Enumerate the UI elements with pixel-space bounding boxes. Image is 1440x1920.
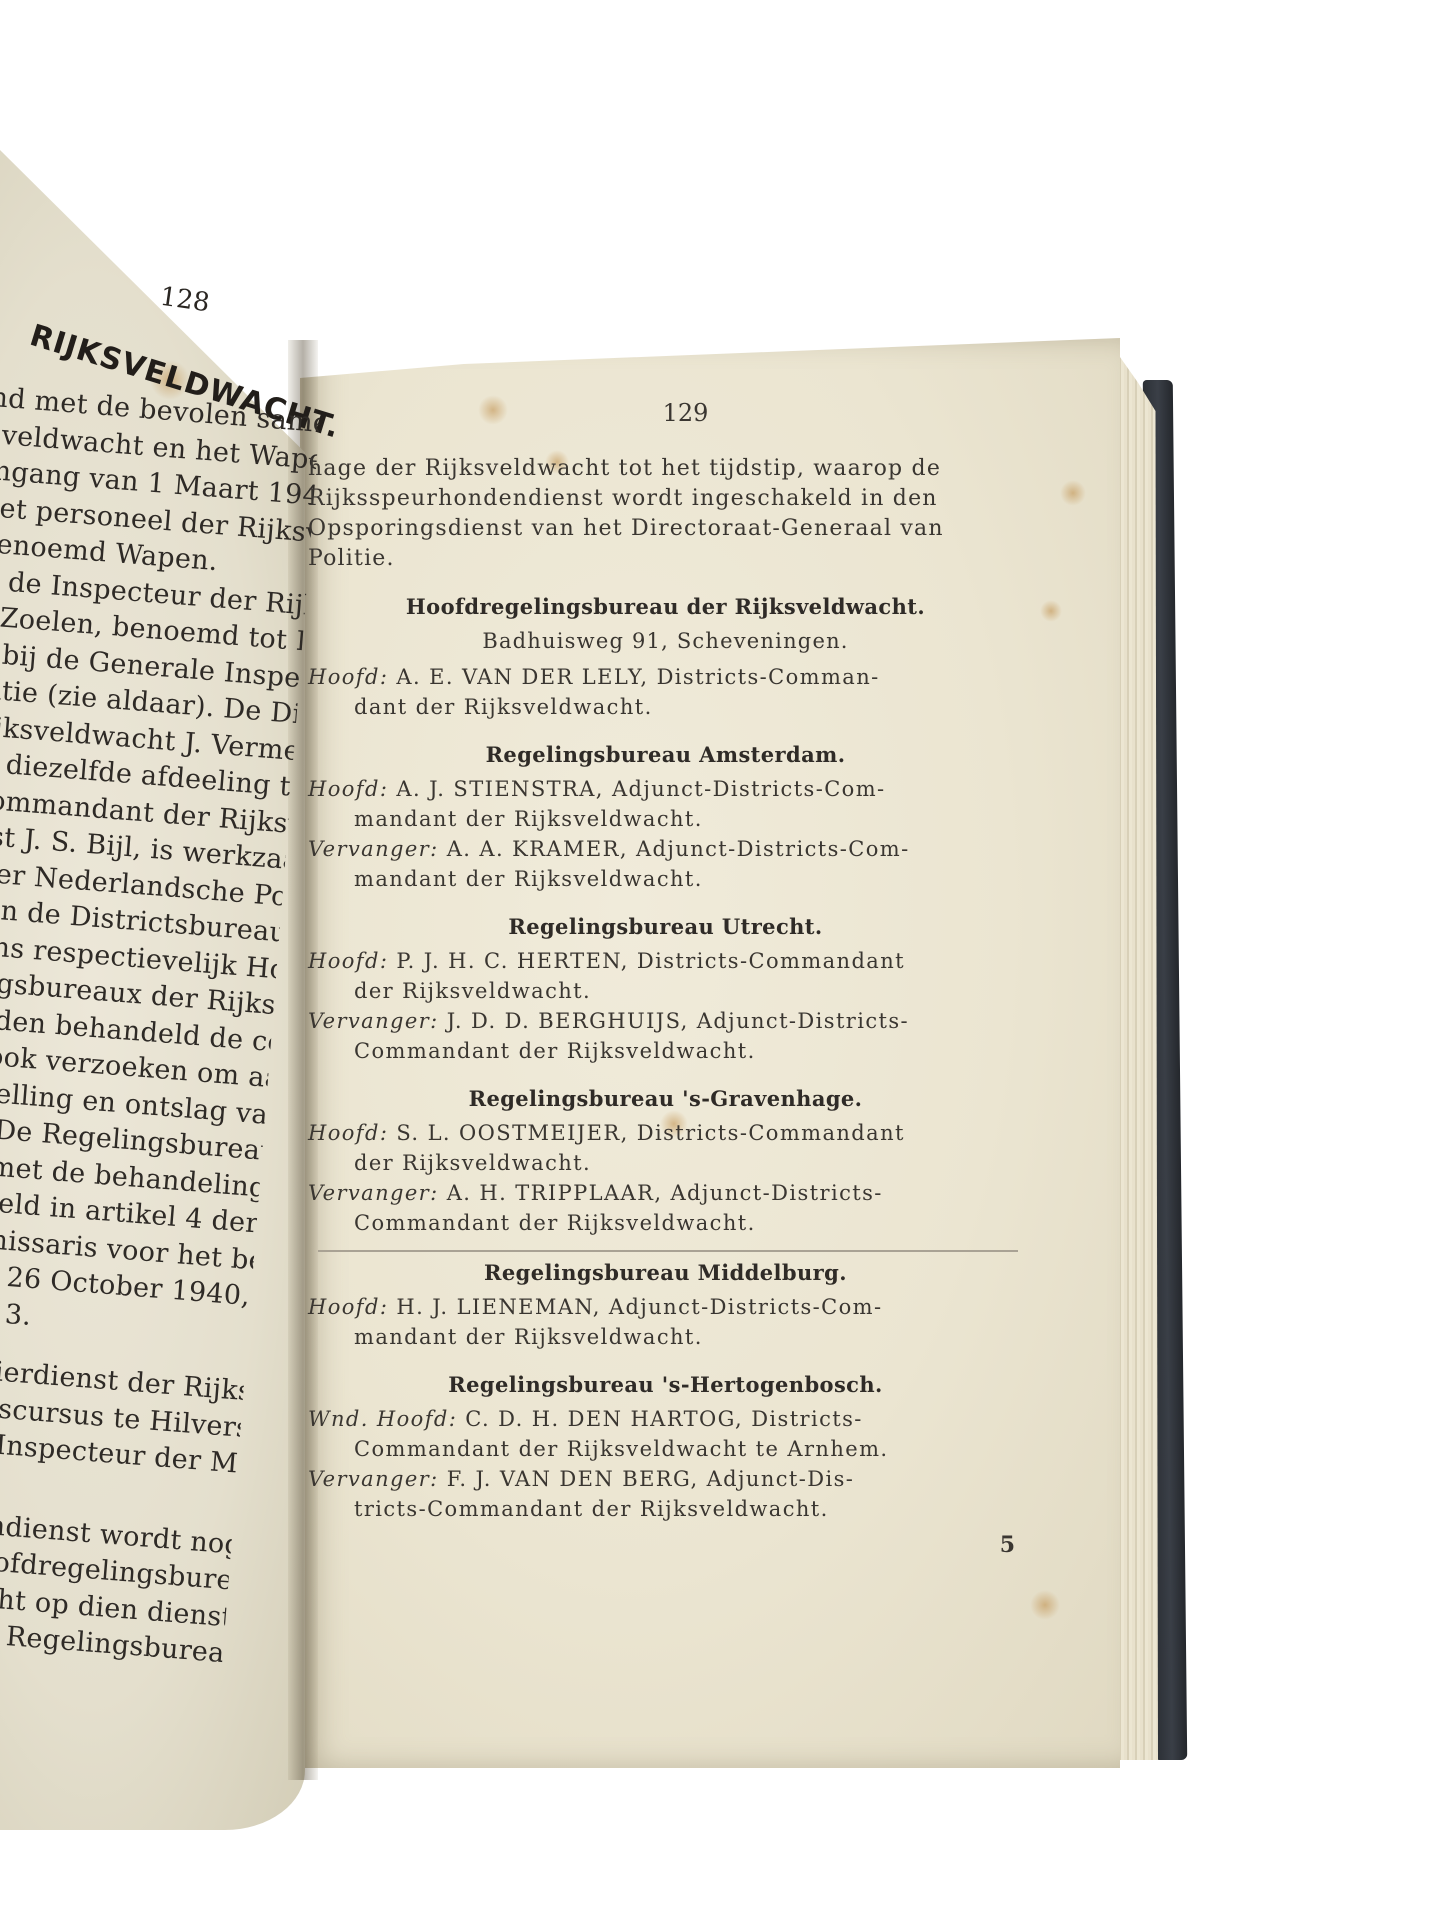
intro-paragraph: hage der Rijksveldwacht tot het tijdstip… [308, 454, 1023, 574]
staff-entry: Vervanger: F. J. VAN DEN BERG, Adjunct-D… [308, 1464, 1023, 1524]
entry-text: J. D. D. BERGHUIJS, Adjunct-Districts- [447, 1009, 909, 1033]
entry-role: Hoofd: [308, 1121, 388, 1145]
section-title: Regelingsbureau 's-Gravenhage. [308, 1084, 1023, 1114]
bureau-section: Regelingsbureau 's-Hertogenbosch. Wnd. H… [308, 1370, 1023, 1524]
entry-text: P. J. H. C. HERTEN, Districts-Commandant [396, 949, 905, 973]
staff-entry: Wnd. Hoofd: C. D. H. DEN HARTOG, Distric… [308, 1404, 1023, 1464]
entry-text: F. J. VAN DEN BERG, Adjunct-Dis- [447, 1467, 855, 1491]
bureau-section: Hoofdregelingsbureau der Rijksveldwacht.… [308, 592, 1023, 722]
entry-continuation: der Rijksveldwacht. [308, 976, 1023, 1006]
entry-role: Vervanger: [308, 1181, 439, 1205]
foxing-stain [1040, 600, 1062, 622]
staff-entry: Vervanger: J. D. D. BERGHUIJS, Adjunct-D… [308, 1006, 1023, 1066]
entry-continuation: mandant der Rijksveldwacht. [308, 864, 1023, 894]
right-page-number: 129 [308, 398, 1023, 428]
entry-continuation: Commandant der Rijksveldwacht te Arnhem. [308, 1434, 1023, 1464]
horizontal-rule [318, 1250, 1018, 1252]
entry-role: Hoofd: [308, 777, 388, 801]
entry-text: A. H. TRIPPLAAR, Adjunct-Districts- [447, 1181, 883, 1205]
entry-continuation: tricts-Commandant der Rijksveldwacht. [308, 1494, 1023, 1524]
foxing-stain [1060, 480, 1086, 506]
staff-entry: Hoofd: A. J. STIENSTRA, Adjunct-District… [308, 774, 1023, 834]
entry-text: A. J. STIENSTRA, Adjunct-Districts-Com- [396, 777, 885, 801]
entry-role: Vervanger: [308, 837, 439, 861]
staff-entry: Hoofd: P. J. H. C. HERTEN, Districts-Com… [308, 946, 1023, 1006]
left-page-number: 128 [158, 282, 211, 319]
staff-entry: Vervanger: A. A. KRAMER, Adjunct-Distric… [308, 834, 1023, 894]
text-line: hage der Rijksveldwacht tot het tijdstip… [308, 454, 1023, 484]
section-title: Hoofdregelingsbureau der Rijksveldwacht. [308, 592, 1023, 622]
entry-continuation: dant der Rijksveldwacht. [308, 692, 1023, 722]
section-title: Regelingsbureau 's-Hertogenbosch. [308, 1370, 1023, 1400]
entry-continuation: Commandant der Rijksveldwacht. [308, 1036, 1023, 1066]
staff-entry: Vervanger: A. H. TRIPPLAAR, Adjunct-Dist… [308, 1178, 1023, 1238]
entry-text: C. D. H. DEN HARTOG, Districts- [465, 1407, 863, 1431]
entry-text: A. E. VAN DER LELY, Districts-Comman- [396, 665, 879, 689]
entry-continuation: mandant der Rijksveldwacht. [308, 1322, 1023, 1352]
entry-continuation: Commandant der Rijksveldwacht. [308, 1208, 1023, 1238]
bureau-section: Regelingsbureau Utrecht. Hoofd: P. J. H.… [308, 912, 1023, 1066]
bureau-section: Regelingsbureau Middelburg. Hoofd: H. J.… [308, 1258, 1023, 1352]
text-line: Rijksspeurhondendienst wordt ingeschakel… [308, 484, 1023, 514]
right-page-body: 129 hage der Rijksveldwacht tot het tijd… [308, 398, 1023, 1560]
staff-entry: Hoofd: H. J. LIENEMAN, Adjunct-Districts… [308, 1292, 1023, 1352]
section-title: Regelingsbureau Utrecht. [308, 912, 1023, 942]
entry-text: H. J. LIENEMAN, Adjunct-Districts-Com- [396, 1295, 882, 1319]
section-title: Regelingsbureau Amsterdam. [308, 740, 1023, 770]
foxing-stain [1030, 1590, 1060, 1620]
entry-role: Hoofd: [308, 1295, 388, 1319]
entry-role: Vervanger: [308, 1467, 439, 1491]
entry-continuation: der Rijksveldwacht. [308, 1148, 1023, 1178]
entry-role: Wnd. Hoofd: [308, 1407, 457, 1431]
bureau-section: Regelingsbureau 's-Gravenhage. Hoofd: S.… [308, 1084, 1023, 1238]
entry-text: A. A. KRAMER, Adjunct-Districts-Com- [447, 837, 910, 861]
open-book-photo: 128 RIJKSVELDWACHT. nd met de bevolen sa… [0, 0, 1440, 1920]
signature-mark: 5 [308, 1530, 1023, 1560]
section-title: Regelingsbureau Middelburg. [308, 1258, 1023, 1288]
entry-role: Hoofd: [308, 949, 388, 973]
entry-text: S. L. OOSTMEIJER, Districts-Commandant [396, 1121, 904, 1145]
text-line: Politie. [308, 544, 1023, 574]
entry-role: Hoofd: [308, 665, 388, 689]
entry-continuation: mandant der Rijksveldwacht. [308, 804, 1023, 834]
entry-role: Vervanger: [308, 1009, 439, 1033]
section-address: Badhuisweg 91, Scheveningen. [308, 626, 1023, 656]
bureau-section: Regelingsbureau Amsterdam. Hoofd: A. J. … [308, 740, 1023, 894]
text-line: Opsporingsdienst van het Directoraat-Gen… [308, 514, 1023, 544]
staff-entry: Hoofd: S. L. OOSTMEIJER, Districts-Comma… [308, 1118, 1023, 1178]
staff-entry: Hoofd: A. E. VAN DER LELY, Districts-Com… [308, 662, 1023, 722]
